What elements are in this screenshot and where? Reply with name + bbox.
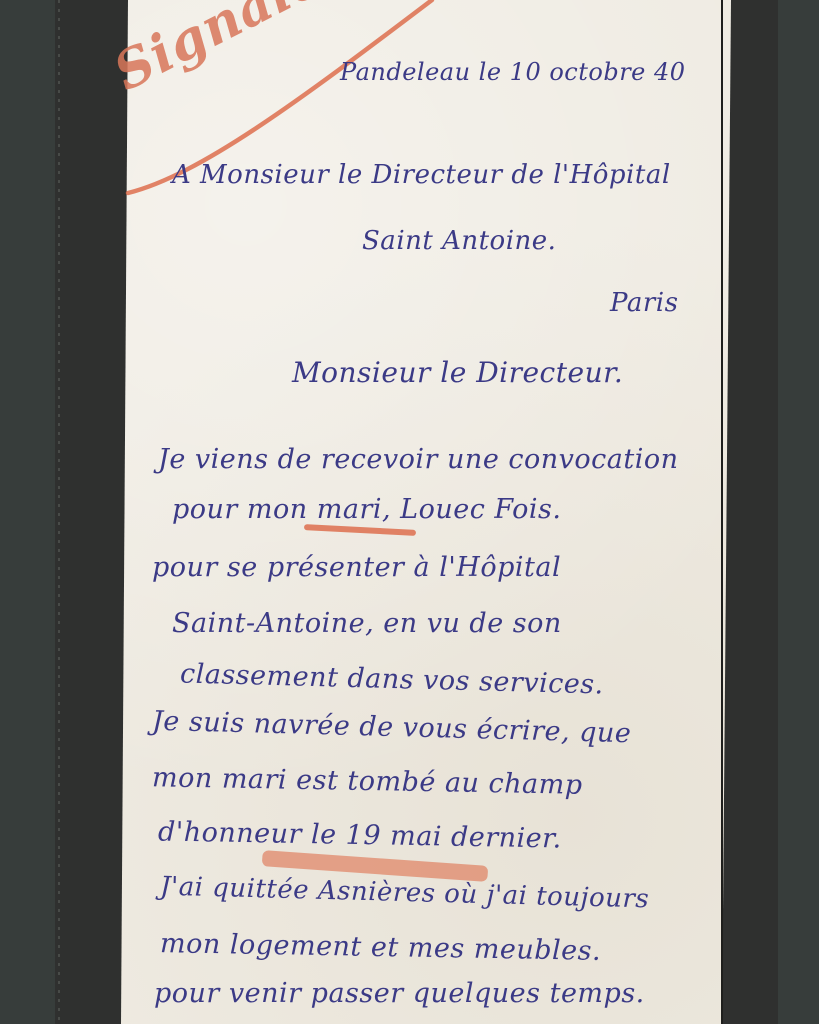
body-line: pour mon mari, Louec Fois.: [172, 494, 562, 525]
place-date-line: Pandeleau le 10 octobre 40: [340, 58, 686, 86]
recipient-line-1: A Monsieur le Directeur de l'Hôpital: [172, 160, 671, 190]
body-line: Je viens de recevoir une convocation: [158, 444, 679, 475]
salutation: Monsieur le Directeur.: [292, 356, 623, 389]
body-line: pour se présenter à l'Hôpital: [152, 552, 561, 583]
recipient-line-2: Saint Antoine.: [362, 226, 556, 256]
recipient-line-3: Paris: [610, 288, 678, 318]
body-line: Saint-Antoine, en vu de son: [172, 608, 562, 639]
paper-right-edge-shadow: [721, 0, 723, 1024]
body-line: pour venir passer quelques temps.: [154, 978, 645, 1009]
